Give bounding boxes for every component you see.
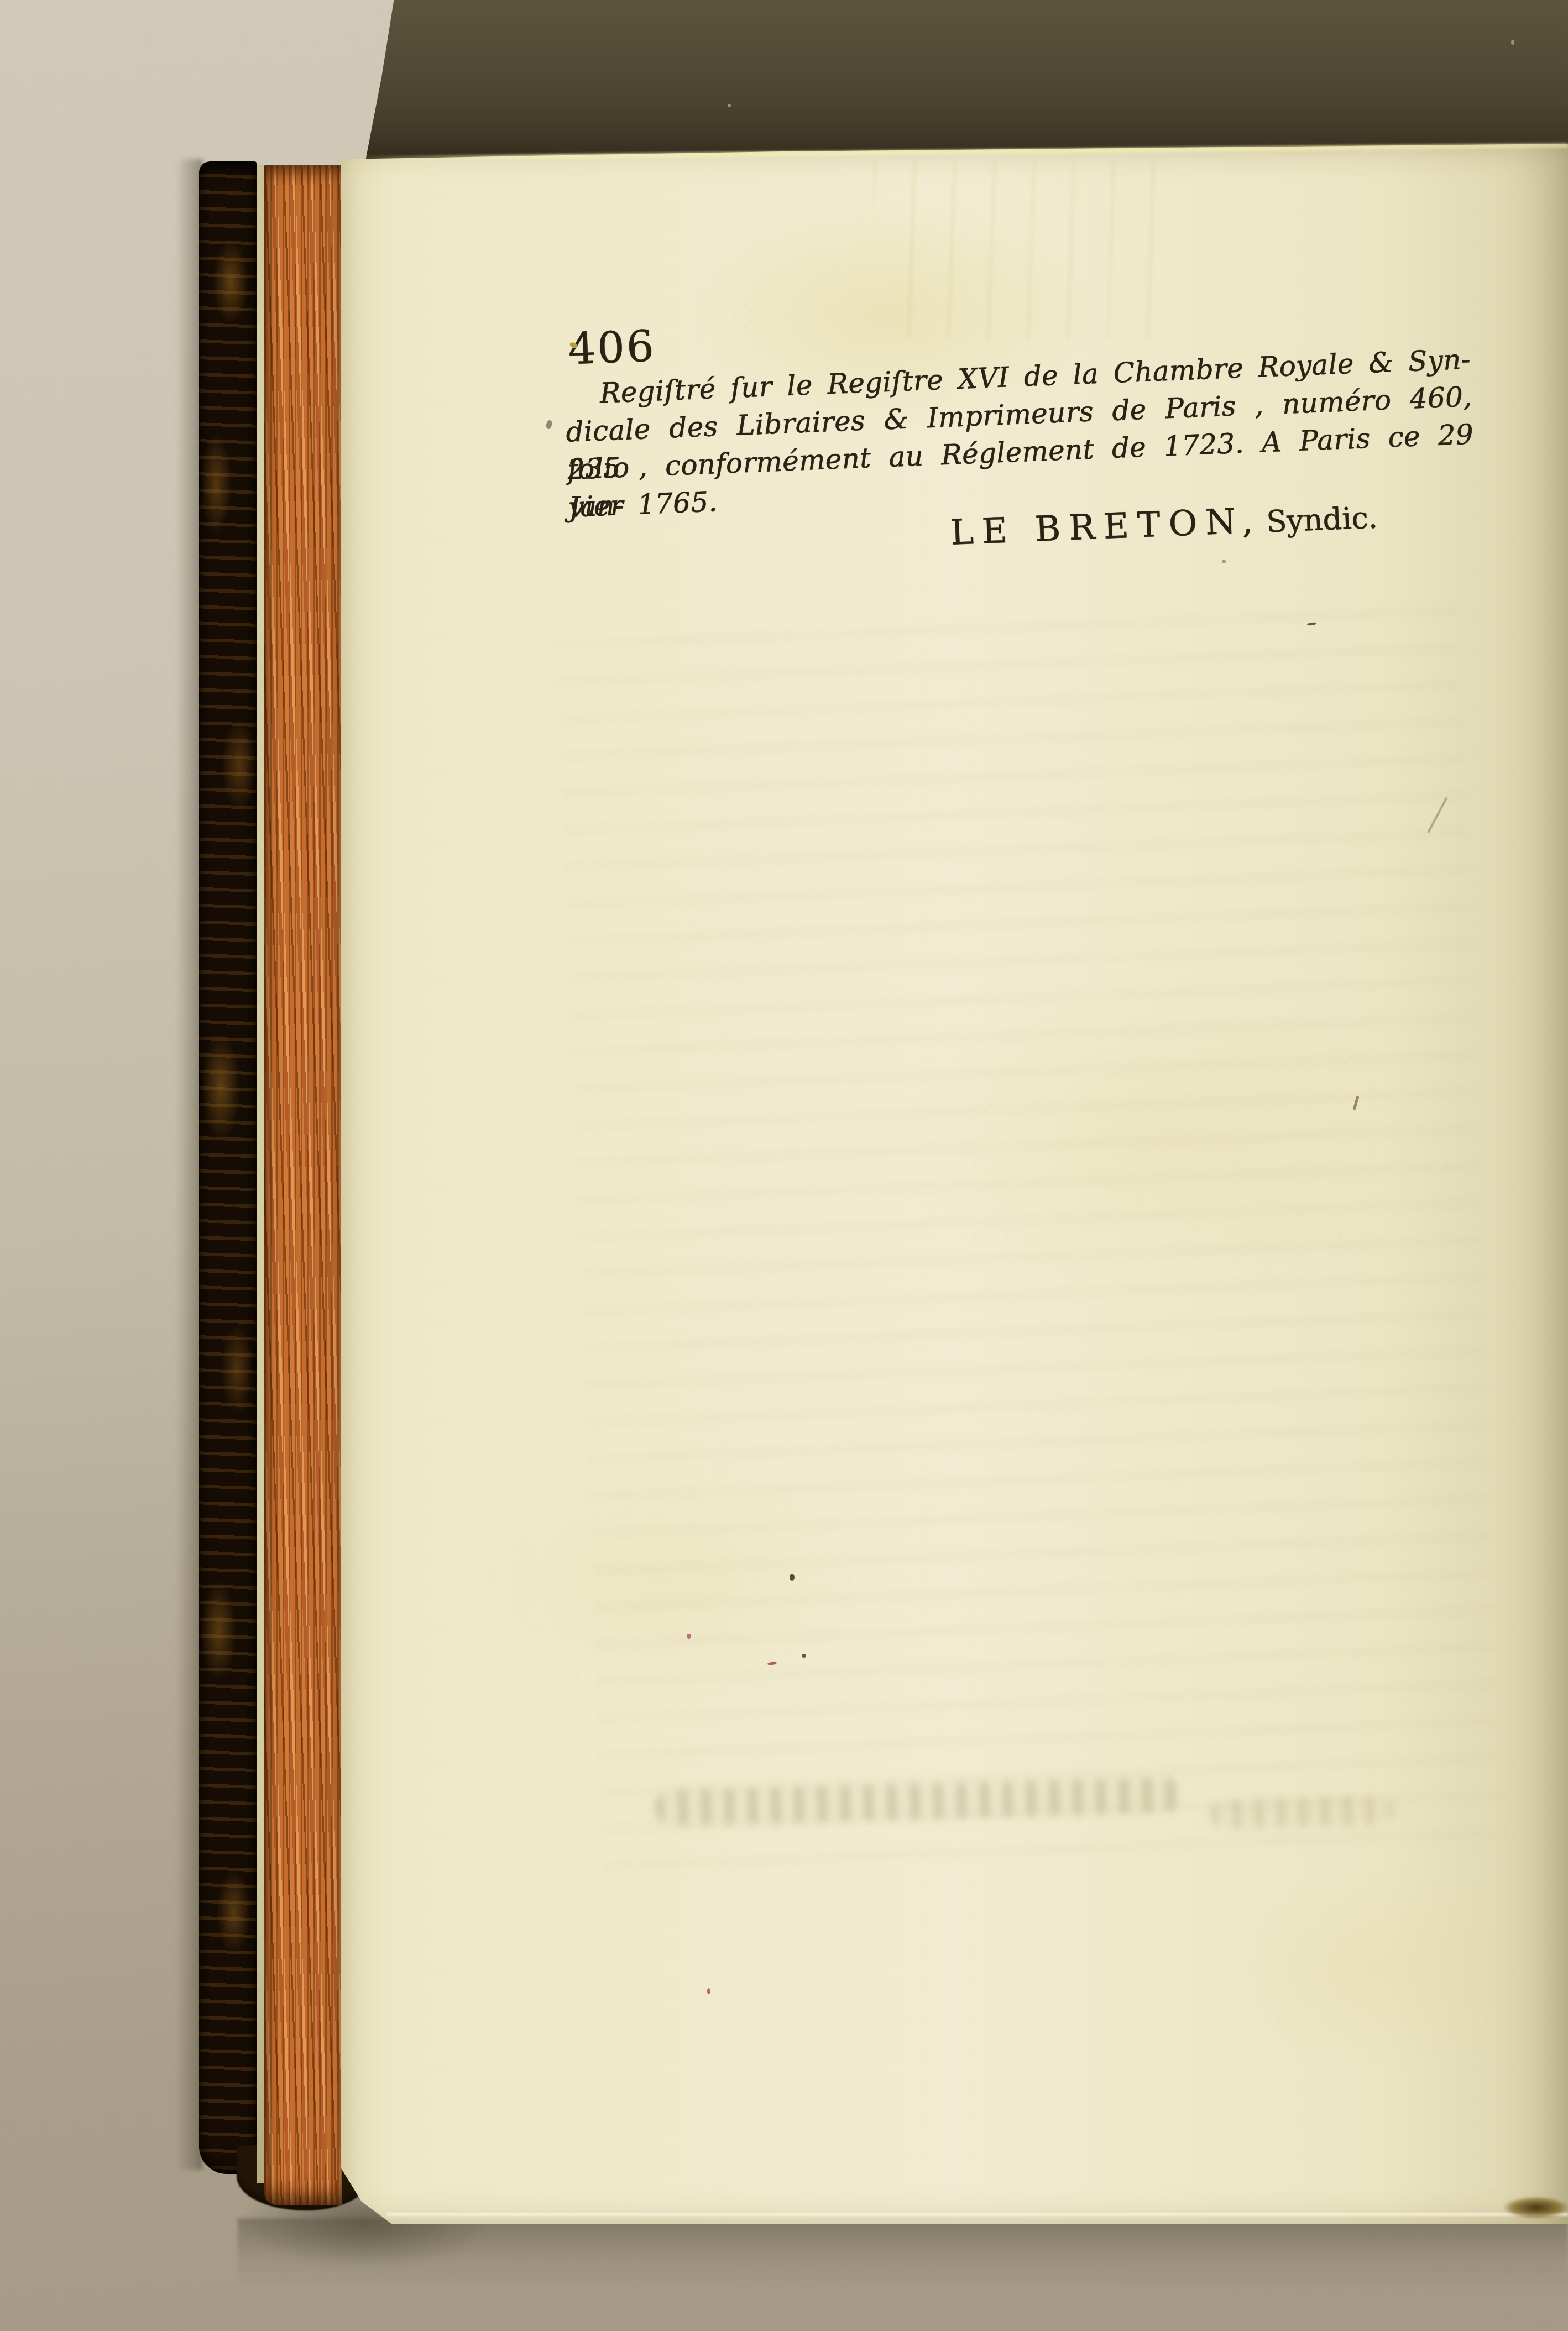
verso-text-ghost-band: [1210, 1796, 1393, 1830]
top-shadow: [0, 0, 1568, 164]
dust-speck: [1511, 40, 1514, 45]
foxing-speck: [707, 1988, 710, 1994]
binding-cast-shadow: [176, 159, 202, 2170]
page-bottom-shadow: [238, 2218, 1568, 2290]
foxing-speck: [802, 1654, 806, 1658]
leather-board-edge: [199, 161, 257, 2174]
signature-title: Syndic.: [1266, 500, 1378, 539]
book-photograph: 406 Regiſtré ſur le Regiſtre XVI de la C…: [0, 0, 1568, 2331]
printed-text-block: 406 Regiſtré ſur le Regiſtre XVI de la C…: [562, 290, 1477, 568]
ink-speck: [1222, 560, 1226, 563]
foxing-speck: [790, 1574, 795, 1581]
fanned-page-edges: [264, 165, 342, 2205]
dust-speck: [728, 104, 731, 107]
page-corner-stain: [1484, 2189, 1568, 2223]
page-bottom-edge-highlight: [387, 2212, 1568, 2217]
foxing-speck: [687, 1634, 691, 1639]
verso-text-bleedthrough: [557, 608, 1506, 1880]
board-page-gap: [257, 165, 264, 2183]
